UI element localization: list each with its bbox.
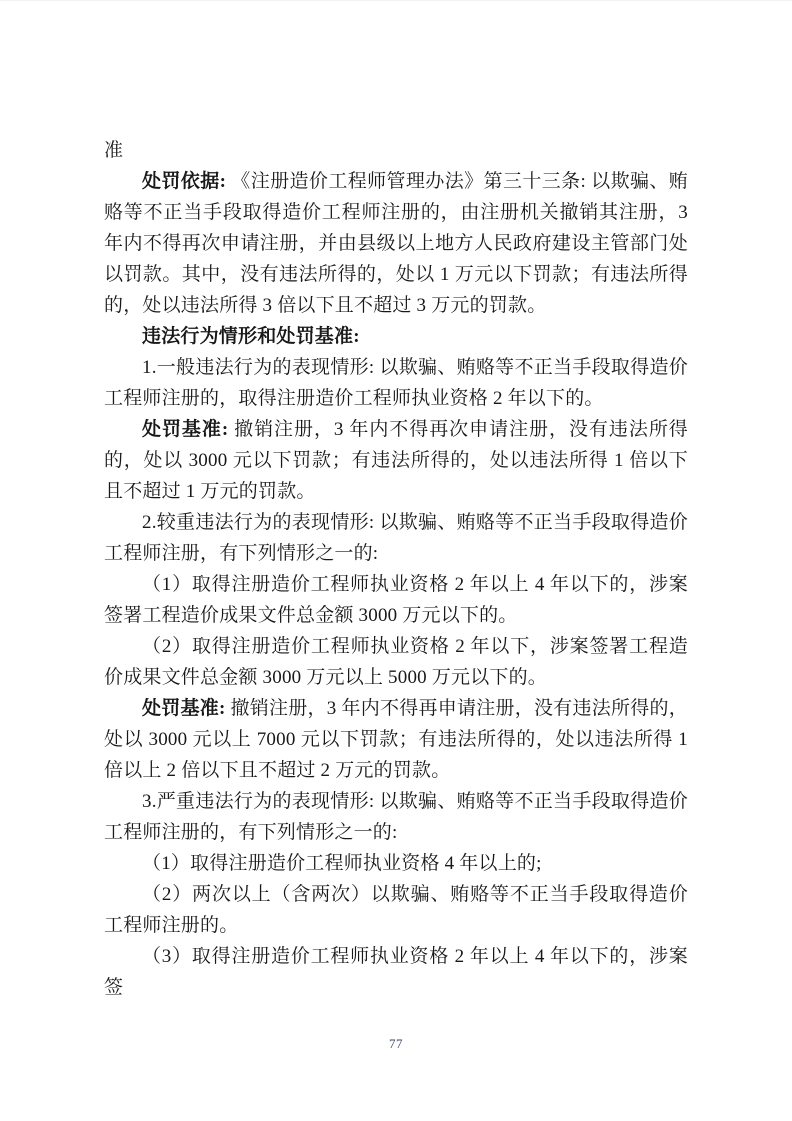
- paragraph-text: 3.严重违法行为的表现情形: 以欺骗、贿赂等不正当手段取得造价工程师注册的，有下…: [104, 791, 688, 843]
- paragraph-continuation: 准: [104, 135, 688, 166]
- paragraph-text: 1.一般违法行为的表现情形: 以欺骗、贿赂等不正当手段取得造价工程师注册的，取得…: [104, 357, 688, 409]
- paragraph-penalty-basis: 处罚依据: 《注册造价工程师管理办法》第三十三条: 以欺骗、贿赂等不正当手段取得…: [104, 166, 688, 321]
- paragraph-moderate-item-2: （2）取得注册造价工程师执业资格 2 年以下，涉案签署工程造价成果文件总金额 3…: [104, 631, 688, 693]
- paragraph-moderate-violation: 2.较重违法行为的表现情形: 以欺骗、贿赂等不正当手段取得造价工程师注册，有下列…: [104, 507, 688, 569]
- paragraph-serious-item-3: （3）取得注册造价工程师执业资格 2 年以上 4 年以下的，涉案签: [104, 941, 688, 1003]
- paragraph-label: 处罚基准:: [142, 419, 234, 440]
- paragraph-serious-item-2: （2）两次以上（含两次）以欺骗、贿赂等不正当手段取得造价工程师注册的。: [104, 879, 688, 941]
- paragraph-text: 《注册造价工程师管理办法》第三十三条: 以欺骗、贿赂等不正当手段取得造价工程师注…: [104, 171, 688, 316]
- paragraph-serious-item-1: （1）取得注册造价工程师执业资格 4 年以上的;: [104, 848, 688, 879]
- paragraph-label: 违法行为情形和处罚基准:: [142, 326, 360, 347]
- page-number: 77: [389, 1036, 403, 1051]
- paragraph-serious-violation: 3.严重违法行为的表现情形: 以欺骗、贿赂等不正当手段取得造价工程师注册的，有下…: [104, 786, 688, 848]
- paragraph-penalty-standard-2: 处罚基准: 撤销注册，3 年内不得再申请注册，没有违法所得的，处以 3000 元…: [104, 693, 688, 786]
- paragraph-text: （3）取得注册造价工程师执业资格 2 年以上 4 年以下的，涉案签: [104, 946, 688, 998]
- paragraph-text: 2.较重违法行为的表现情形: 以欺骗、贿赂等不正当手段取得造价工程师注册，有下列…: [104, 512, 688, 564]
- page-footer: 77: [0, 1035, 792, 1053]
- paragraph-general-violation: 1.一般违法行为的表现情形: 以欺骗、贿赂等不正当手段取得造价工程师注册的，取得…: [104, 352, 688, 414]
- document-body: 准 处罚依据: 《注册造价工程师管理办法》第三十三条: 以欺骗、贿赂等不正当手段…: [104, 135, 688, 1003]
- paragraph-penalty-standard-1: 处罚基准: 撤销注册，3 年内不得再次申请注册，没有违法所得的，处以 3000 …: [104, 414, 688, 507]
- paragraph-text: （1）取得注册造价工程师执业资格 2 年以上 4 年以下的，涉案签署工程造价成果…: [104, 574, 688, 626]
- paragraph-text: （1）取得注册造价工程师执业资格 4 年以上的;: [142, 853, 542, 874]
- paragraph-label: 处罚依据:: [142, 171, 231, 192]
- paragraph-text: （2）取得注册造价工程师执业资格 2 年以下，涉案签署工程造价成果文件总金额 3…: [104, 636, 688, 688]
- paragraph-text: 准: [104, 140, 123, 161]
- document-page: 准 处罚依据: 《注册造价工程师管理办法》第三十三条: 以欺骗、贿赂等不正当手段…: [0, 0, 792, 1121]
- paragraph-label: 处罚基准:: [142, 698, 231, 719]
- heading-violation-categories: 违法行为情形和处罚基准:: [104, 321, 688, 352]
- paragraph-moderate-item-1: （1）取得注册造价工程师执业资格 2 年以上 4 年以下的，涉案签署工程造价成果…: [104, 569, 688, 631]
- paragraph-text: （2）两次以上（含两次）以欺骗、贿赂等不正当手段取得造价工程师注册的。: [104, 884, 688, 936]
